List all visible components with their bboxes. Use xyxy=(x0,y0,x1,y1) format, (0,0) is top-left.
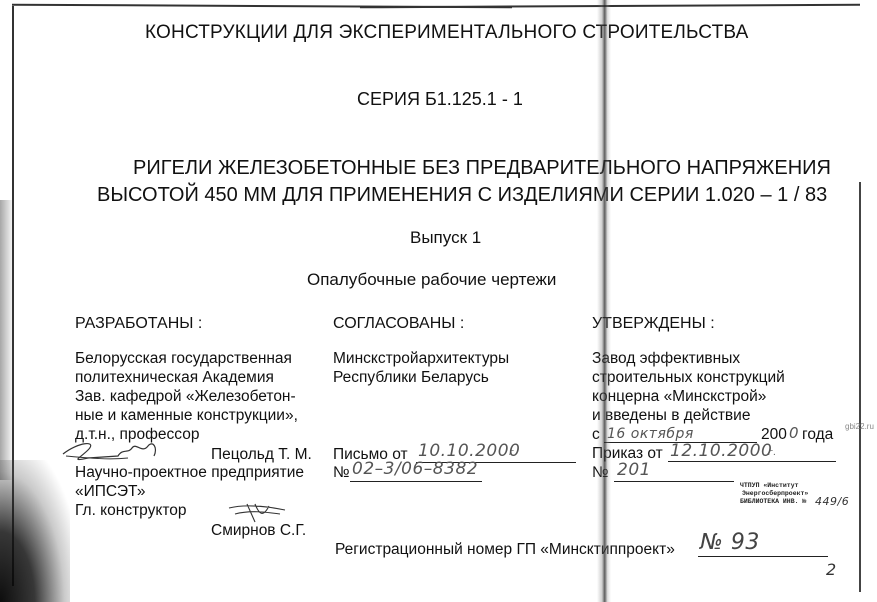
scan-shadow-corner xyxy=(0,460,70,602)
order-number-value: 201 xyxy=(617,460,651,480)
page-number: 2 xyxy=(826,560,837,579)
order-date-suffix: г. xyxy=(768,448,777,458)
issue-number: Выпуск 1 xyxy=(410,228,481,248)
stamp-inventory-number: 449/6 xyxy=(815,495,849,508)
scan-shadow xyxy=(0,200,14,480)
approved-org-line: строительных конструкций xyxy=(592,368,785,388)
signer-petsold: Пецольд Т. М. xyxy=(211,445,312,465)
stamp-line-2: Энергосберпроект» xyxy=(740,490,808,498)
year-handwritten: 0 xyxy=(789,424,799,442)
developed-org-line: Белорусская государственная xyxy=(75,349,292,369)
registration-underline xyxy=(698,556,828,557)
letter-number-underline xyxy=(350,481,482,482)
stamp-line-1: ЧТПУП «Институт xyxy=(740,482,808,490)
order-number-underline xyxy=(614,481,734,482)
title-line-1: РИГЕЛИ ЖЕЛЕЗОБЕТОННЫЕ БЕЗ ПРЕДВАРИТЕЛЬНО… xyxy=(133,155,831,182)
developed-heading: РАЗРАБОТАНЫ : xyxy=(75,315,202,333)
letter-number-label: № xyxy=(333,463,350,483)
year-suffix: года xyxy=(802,425,833,445)
agreed-heading: СОГЛАСОВАНЫ : xyxy=(333,315,464,333)
order-date-underline xyxy=(668,461,836,462)
frame-border-right xyxy=(859,182,861,592)
scanned-document-page: КОНСТРУКЦИИ ДЛЯ ЭКСПЕРИМЕНТАЛЬНОГО СТРОИ… xyxy=(0,0,877,602)
approved-org-line: концерна «Минскстрой» xyxy=(592,387,766,407)
developed-role: Гл. конструктор xyxy=(75,501,186,521)
library-stamp: ЧТПУП «Институт Энергосберпроект» БИБЛИО… xyxy=(740,482,808,506)
approved-org-line: Завод эффективных xyxy=(592,349,740,369)
signature-petsold xyxy=(58,436,168,466)
letter-number-value: 02–3/06–8382 xyxy=(352,460,478,480)
document-header: КОНСТРУКЦИИ ДЛЯ ЭКСПЕРИМЕНТАЛЬНОГО СТРОИ… xyxy=(145,22,749,44)
agreed-org-line: Республики Беларусь xyxy=(333,368,489,388)
title-line-2: ВЫСОТОЙ 450 ММ ДЛЯ ПРИМЕНЕНИЯ С ИЗДЕЛИЯМ… xyxy=(97,182,827,209)
stamp-line-3: БИБЛИОТЕКА ИНВ. № xyxy=(740,498,808,506)
scan-fold-shadow xyxy=(597,0,611,602)
letter-date-suffix: г. xyxy=(509,448,518,458)
document-subtitle: Опалубочные рабочие чертежи xyxy=(307,270,556,290)
signer-smirnov: Смирнов С.Г. xyxy=(211,521,306,541)
developed-org-line: политехническая Академия xyxy=(75,368,274,388)
registration-label: Регистрационный номер ГП «Минсктиппроект… xyxy=(335,540,675,560)
developed-org-line: Зав. кафедрой «Железобетон- xyxy=(75,387,296,407)
watermark: gbi22.ru xyxy=(845,422,874,431)
agreed-org-line: Минскстройархитектуры xyxy=(333,349,509,369)
series-code: СЕРИЯ Б1.125.1 - 1 xyxy=(357,89,523,110)
approved-org-line: и введены в действие xyxy=(592,406,750,426)
developed-org2-line: Научно-проектное предприятие xyxy=(75,463,304,483)
order-date-value: 12.10.2000 xyxy=(670,441,772,461)
registration-number: № 93 xyxy=(700,530,760,555)
developed-org2-name: «ИПСЭТ» xyxy=(75,482,145,502)
developed-org-line: ные и каменные конструкции», xyxy=(75,406,298,426)
effective-from-date: 16 октября xyxy=(607,426,694,442)
